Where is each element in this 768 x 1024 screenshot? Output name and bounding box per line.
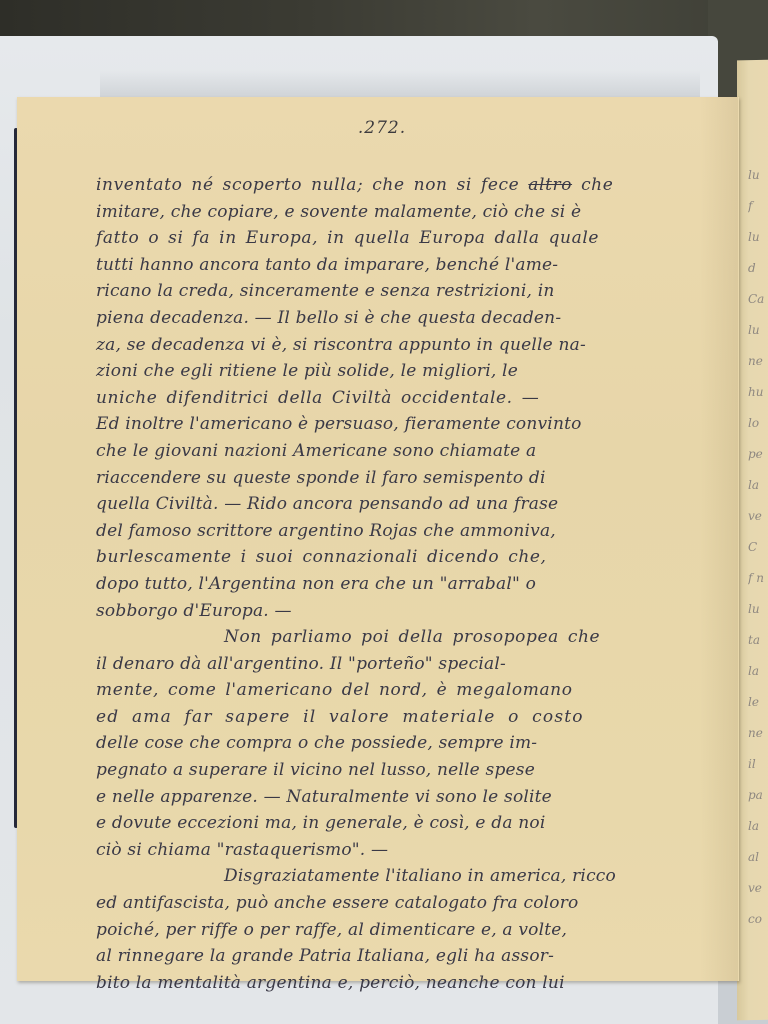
text-line-27: Disgraziatamente l'italiano in america, … <box>96 863 696 890</box>
text-line-20: mente, come l'americano del nord, è mega… <box>96 677 696 704</box>
struck-word: altro <box>528 175 572 195</box>
text-line-30: al rinnegare la grande Patria Italiana, … <box>96 943 696 970</box>
adjacent-page-fragment: ne <box>748 718 768 749</box>
page-fold-shadow <box>700 97 738 981</box>
adjacent-page-fragment: ne <box>748 346 768 377</box>
text-line-15: burlescamente i suoi connazionali dicend… <box>96 544 696 571</box>
text-line-24: e nelle apparenze. — Naturalmente vi son… <box>96 784 696 811</box>
text-line-26: ciò si chiama "rastaquerismo". — <box>96 837 696 864</box>
sheet-shadow <box>100 70 700 100</box>
text-line-22: delle cose che compra o che possiede, se… <box>96 730 696 757</box>
adjacent-page-fragment: ve <box>748 873 768 904</box>
adjacent-page-fragment: lu <box>748 160 768 191</box>
adjacent-page-fragment: lo <box>748 408 768 439</box>
text-line-23: pegnato a superare il vicino nel lusso, … <box>96 757 696 784</box>
text-line-8: zioni che egli ritiene le più solide, le… <box>96 358 696 385</box>
text-line-5: ricano la creda, sinceramente e senza re… <box>96 278 696 305</box>
text-line-11: che le giovani nazioni Americane sono ch… <box>96 438 696 465</box>
adjacent-page-text: lufludCalunehulopelaveCf nlutalaleneilpa… <box>748 160 768 980</box>
adjacent-page-fragment: la <box>748 470 768 501</box>
page-number: .272. <box>352 118 412 138</box>
text-line-6: piena decadenza. — Il bello si è che que… <box>96 305 696 332</box>
text-line-7: za, se decadenza vi è, si riscontra appu… <box>96 332 696 359</box>
adjacent-page-fragment: al <box>748 842 768 873</box>
text-line-25: e dovute eccezioni ma, in generale, è co… <box>96 810 696 837</box>
text-line-21: ed ama far sapere il valore materiale o … <box>96 704 696 731</box>
adjacent-page-fragment: la <box>748 811 768 842</box>
text-line-10: Ed inoltre l'americano è persuaso, fiera… <box>96 411 696 438</box>
text-line-1: inventato né scoperto nulla; che non si … <box>96 172 696 199</box>
adjacent-page-fragment: C <box>748 532 768 563</box>
adjacent-page-fragment: il <box>748 749 768 780</box>
adjacent-page-fragment: ve <box>748 501 768 532</box>
text-line-18: Non parliamo poi della prosopopea che <box>96 624 696 651</box>
text-line-3: fatto o si fa in Europa, in quella Europ… <box>96 225 696 252</box>
text-line-12: riaccendere su queste sponde il faro sem… <box>96 465 696 492</box>
text-line-17: sobborgo d'Europa. — <box>96 598 696 625</box>
text-line-29: poiché, per riffe o per raffe, al diment… <box>96 917 696 944</box>
adjacent-page-fragment: co <box>748 904 768 935</box>
handwritten-text-block: inventato né scoperto nulla; che non si … <box>96 172 696 996</box>
adjacent-page-fragment: le <box>748 687 768 718</box>
adjacent-page-fragment: f n <box>748 563 768 594</box>
adjacent-page-fragment: ta <box>748 625 768 656</box>
adjacent-page-fragment: Ca <box>748 284 768 315</box>
adjacent-page-fragment: f <box>748 191 768 222</box>
text-line-19: il denaro dà all'argentino. Il "porteño"… <box>96 651 696 678</box>
adjacent-page-fragment: d <box>748 253 768 284</box>
text-line-16: dopo tutto, l'Argentina non era che un "… <box>96 571 696 598</box>
text-line-4: tutti hanno ancora tanto da imparare, be… <box>96 252 696 279</box>
text-line-28: ed antifascista, può anche essere catalo… <box>96 890 696 917</box>
text-line-9: uniche difenditrici della Civiltà occide… <box>96 385 696 412</box>
adjacent-page-fragment: hu <box>748 377 768 408</box>
text-line-31: bito la mentalità argentina e, perciò, n… <box>96 970 696 997</box>
adjacent-page-fragment: la <box>748 656 768 687</box>
text-line-2: imitare, che copiare, e sovente malament… <box>96 199 696 226</box>
adjacent-page-fragment: lu <box>748 315 768 346</box>
adjacent-page-fragment: pa <box>748 780 768 811</box>
adjacent-page-fragment: lu <box>748 222 768 253</box>
adjacent-page-fragment: pe <box>748 439 768 470</box>
text-line-14: del famoso scrittore argentino Rojas che… <box>96 518 696 545</box>
adjacent-page-fragment: lu <box>748 594 768 625</box>
text-line-13: quella Civiltà. — Rido ancora pensando a… <box>96 491 696 518</box>
